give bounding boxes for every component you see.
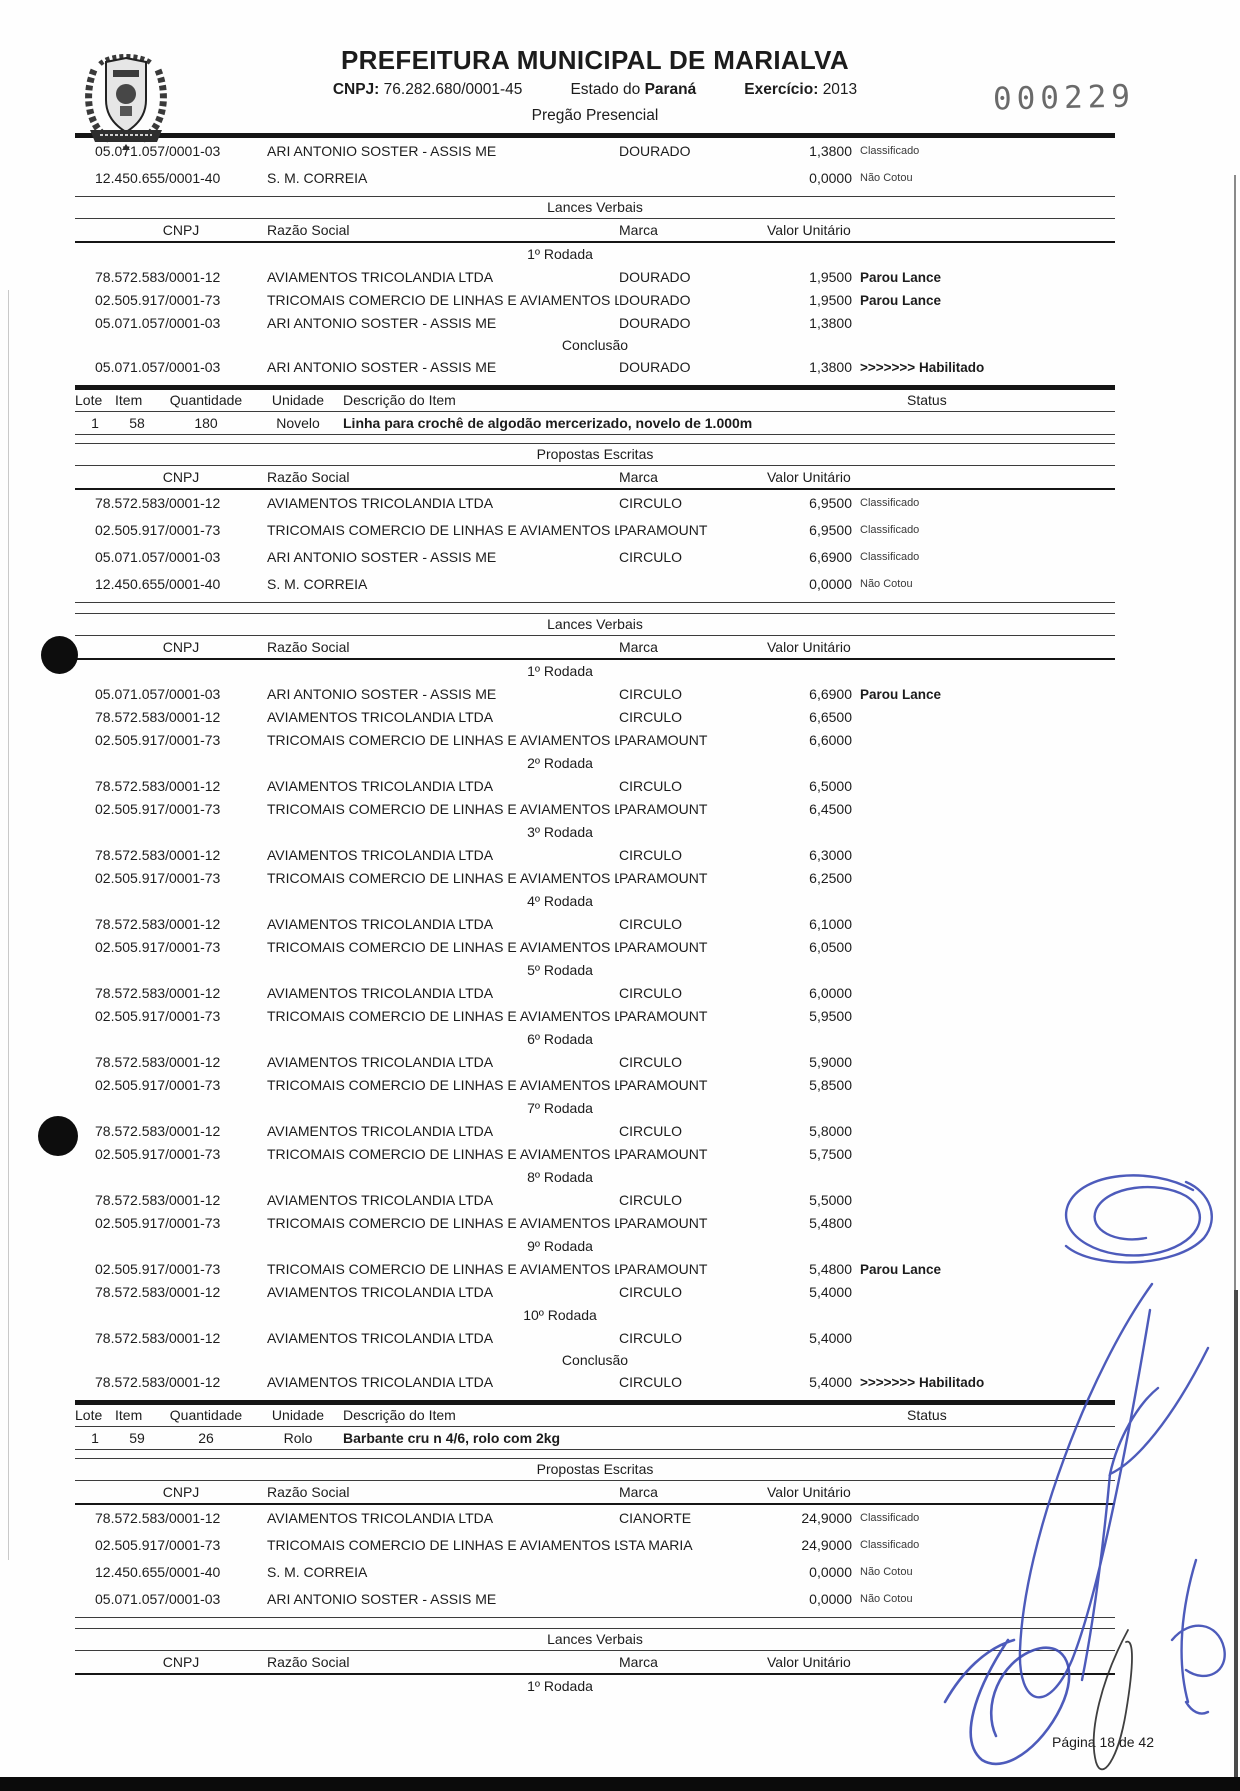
col-header-valor: Valor Unitário (767, 636, 1115, 658)
cell-valor: 1,3800 (767, 138, 852, 165)
cell-cnpj: 02.505.917/0001-73 (95, 1258, 267, 1281)
cell-razao-social: AVIAMENTOS TRICOLANDIA LTDA (267, 490, 619, 517)
cell-razao-social: AVIAMENTOS TRICOLANDIA LTDA (267, 1051, 619, 1074)
cell-valor: 0,0000 (767, 1559, 852, 1586)
col-header-quantidade: Quantidade (159, 390, 253, 411)
cell-status: Não Cotou (852, 1559, 1115, 1586)
cell-cnpj: 78.572.583/0001-12 (95, 844, 267, 867)
cell-lote: 1 (75, 412, 115, 434)
cell-note (852, 312, 1115, 335)
round-label: 3º Rodada (40, 821, 1080, 844)
cell-cnpj: 05.071.057/0001-03 (95, 544, 267, 571)
cell-marca: CIRCULO (619, 490, 767, 517)
section-title-lances-verbais: Lances Verbais (75, 614, 1115, 635)
table-row: 05.071.057/0001-03 ARI ANTONIO SOSTER - … (75, 683, 1115, 706)
cell-marca: CIRCULO (619, 706, 767, 729)
col-header-razao: Razão Social (267, 466, 619, 488)
cell-valor: 1,3800 (767, 356, 852, 379)
cell-valor: 6,9500 (767, 490, 852, 517)
cell-razao-social: AVIAMENTOS TRICOLANDIA LTDA (267, 1371, 619, 1394)
cell-status: Classificado (852, 138, 1115, 165)
table-row: 78.572.583/0001-12 AVIAMENTOS TRICOLANDI… (75, 1120, 1115, 1143)
col-header-cnpj: CNPJ (95, 1651, 267, 1673)
cell-valor: 5,4000 (767, 1281, 852, 1304)
cell-note (852, 1189, 1115, 1212)
col-header-item: Item (115, 390, 159, 411)
col-header-valor: Valor Unitário (767, 1481, 1115, 1503)
cell-valor: 5,9500 (767, 1005, 852, 1028)
cell-status (865, 1427, 1115, 1449)
cell-cnpj: 78.572.583/0001-12 (95, 706, 267, 729)
table-row: 02.505.917/0001-73 TRICOMAIS COMERCIO DE… (75, 729, 1115, 752)
cell-note (852, 706, 1115, 729)
col-header-cnpj: CNPJ (95, 636, 267, 658)
col-header-quantidade: Quantidade (159, 1405, 253, 1426)
cell-razao-social: AVIAMENTOS TRICOLANDIA LTDA (267, 1189, 619, 1212)
cell-note (852, 798, 1115, 821)
table-row: 05.071.057/0001-03 ARI ANTONIO SOSTER - … (75, 356, 1115, 379)
cell-marca: PARAMOUNT (619, 1074, 767, 1097)
table-row: 78.572.583/0001-12 AVIAMENTOS TRICOLANDI… (75, 1327, 1115, 1350)
table-row: 02.505.917/0001-73 TRICOMAIS COMERCIO DE… (75, 936, 1115, 959)
cell-valor: 6,6000 (767, 729, 852, 752)
col-header-marca: Marca (619, 466, 767, 488)
cell-note (852, 982, 1115, 1005)
cell-cnpj: 02.505.917/0001-73 (95, 1212, 267, 1235)
lote-header-row: Lote Item Quantidade Unidade Descrição d… (75, 390, 1115, 411)
cell-marca: PARAMOUNT (619, 1212, 767, 1235)
col-header-valor: Valor Unitário (767, 466, 1115, 488)
col-header-lote: Lote (75, 1405, 115, 1426)
cell-note (852, 729, 1115, 752)
punch-hole-mark (41, 636, 78, 674)
cell-marca: DOURADO (619, 356, 767, 379)
round-label: 9º Rodada (40, 1235, 1080, 1258)
cell-valor: 24,9000 (767, 1532, 852, 1559)
round-label: 8º Rodada (40, 1166, 1080, 1189)
cell-descricao: Barbante cru n 4/6, rolo com 2kg (343, 1427, 865, 1449)
cell-razao-social: TRICOMAIS COMERCIO DE LINHAS E AVIAMENTO… (267, 1212, 619, 1235)
cell-marca (619, 1586, 767, 1613)
cell-razao-social: AVIAMENTOS TRICOLANDIA LTDA (267, 1120, 619, 1143)
cell-quantidade: 26 (159, 1427, 253, 1449)
cell-cnpj: 02.505.917/0001-73 (95, 729, 267, 752)
cell-razao-social: ARI ANTONIO SOSTER - ASSIS ME (267, 683, 619, 706)
cell-note (852, 844, 1115, 867)
column-header-row: CNPJ Razão Social Marca Valor Unitário (75, 636, 1115, 658)
cell-valor: 5,9000 (767, 1051, 852, 1074)
cell-cnpj: 78.572.583/0001-12 (95, 1189, 267, 1212)
cell-descricao: Linha para crochê de algodão mercerizado… (343, 412, 865, 434)
col-header-valor: Valor Unitário (767, 219, 1115, 241)
table-row: 78.572.583/0001-12 AVIAMENTOS TRICOLANDI… (75, 775, 1115, 798)
cell-note: Parou Lance (852, 289, 1115, 312)
cell-cnpj: 05.071.057/0001-03 (95, 312, 267, 335)
table-row: 12.450.655/0001-40 S. M. CORREIA 0,0000 … (75, 571, 1115, 598)
cell-note (852, 1281, 1115, 1304)
table-row: 02.505.917/0001-73 TRICOMAIS COMERCIO DE… (75, 1005, 1115, 1028)
round-label: 6º Rodada (40, 1028, 1080, 1051)
cell-cnpj: 02.505.917/0001-73 (95, 1074, 267, 1097)
cell-valor: 6,6500 (767, 706, 852, 729)
cell-razao-social: AVIAMENTOS TRICOLANDIA LTDA (267, 913, 619, 936)
cell-marca: CIRCULO (619, 844, 767, 867)
cell-valor: 6,9500 (767, 517, 852, 544)
col-header-cnpj: CNPJ (95, 1481, 267, 1503)
cell-razao-social: TRICOMAIS COMERCIO DE LINHAS E AVIAMENTO… (267, 729, 619, 752)
table-row: 02.505.917/0001-73 TRICOMAIS COMERCIO DE… (75, 1143, 1115, 1166)
round-label: 7º Rodada (40, 1097, 1080, 1120)
cell-marca: CIRCULO (619, 1281, 767, 1304)
col-header-status: Status (865, 1405, 1115, 1426)
table-row: 02.505.917/0001-73 TRICOMAIS COMERCIO DE… (75, 1532, 1115, 1559)
municipal-coat-of-arms-icon (80, 42, 172, 159)
cell-valor: 5,4000 (767, 1327, 852, 1350)
round-label: 1º Rodada (40, 660, 1080, 683)
cell-razao-social: AVIAMENTOS TRICOLANDIA LTDA (267, 982, 619, 1005)
cell-cnpj: 02.505.917/0001-73 (95, 867, 267, 890)
round-label: 5º Rodada (40, 959, 1080, 982)
cell-valor: 0,0000 (767, 1586, 852, 1613)
table-row: 78.572.583/0001-12 AVIAMENTOS TRICOLANDI… (75, 1281, 1115, 1304)
cell-marca (619, 571, 767, 598)
cell-valor: 6,5000 (767, 775, 852, 798)
cell-status: Classificado (852, 1505, 1115, 1532)
cell-status: Classificado (852, 517, 1115, 544)
col-header-item: Item (115, 1405, 159, 1426)
cell-cnpj: 78.572.583/0001-12 (95, 775, 267, 798)
cell-razao-social: TRICOMAIS COMERCIO DE LINHAS E AVIAMENTO… (267, 1005, 619, 1028)
cell-cnpj: 78.572.583/0001-12 (95, 1281, 267, 1304)
cnpj-field: CNPJ: 76.282.680/0001-45 (333, 80, 523, 100)
table-row: 78.572.583/0001-12 AVIAMENTOS TRICOLANDI… (75, 844, 1115, 867)
section-title-lances-verbais: Lances Verbais (75, 1629, 1115, 1650)
scan-edge-artifact (8, 290, 9, 1560)
cell-valor: 6,0000 (767, 982, 852, 1005)
cell-note (852, 775, 1115, 798)
cell-valor: 5,4000 (767, 1371, 852, 1394)
cell-status: Não Cotou (852, 571, 1115, 598)
cell-razao-social: TRICOMAIS COMERCIO DE LINHAS E AVIAMENTO… (267, 1532, 619, 1559)
section-title-lances-verbais: Lances Verbais (75, 197, 1115, 218)
cell-razao-social: ARI ANTONIO SOSTER - ASSIS ME (267, 138, 619, 165)
cell-quantidade: 180 (159, 412, 253, 434)
cell-marca: PARAMOUNT (619, 798, 767, 821)
scan-bottom-edge (0, 1777, 1240, 1791)
cell-cnpj: 78.572.583/0001-12 (95, 982, 267, 1005)
cell-valor: 5,5000 (767, 1189, 852, 1212)
cell-note (852, 1005, 1115, 1028)
cell-razao-social: AVIAMENTOS TRICOLANDIA LTDA (267, 775, 619, 798)
cell-razao-social: ARI ANTONIO SOSTER - ASSIS ME (267, 312, 619, 335)
cell-status: Classificado (852, 544, 1115, 571)
page-indicator: Página 18 de 42 (1052, 1734, 1154, 1750)
cell-cnpj: 78.572.583/0001-12 (95, 1327, 267, 1350)
table-row: 78.572.583/0001-12 AVIAMENTOS TRICOLANDI… (75, 706, 1115, 729)
col-header-lote: Lote (75, 390, 115, 411)
section-title-propostas-escritas: Propostas Escritas (75, 444, 1115, 465)
column-header-row: CNPJ Razão Social Marca Valor Unitário (75, 1481, 1115, 1503)
table-row: 12.450.655/0001-40 S. M. CORREIA 0,0000 … (75, 165, 1115, 192)
round-label: 2º Rodada (40, 752, 1080, 775)
section-title-propostas-escritas: Propostas Escritas (75, 1459, 1115, 1480)
col-header-razao: Razão Social (267, 1651, 619, 1673)
cell-cnpj: 02.505.917/0001-73 (95, 517, 267, 544)
cell-cnpj: 02.505.917/0001-73 (95, 289, 267, 312)
cell-marca: PARAMOUNT (619, 517, 767, 544)
cell-cnpj: 12.450.655/0001-40 (95, 1559, 267, 1586)
estado-field: Estado do Paraná (570, 80, 696, 100)
cell-razao-social: AVIAMENTOS TRICOLANDIA LTDA (267, 1505, 619, 1532)
column-header-row: CNPJ Razão Social Marca Valor Unitário (75, 219, 1115, 241)
column-header-row: CNPJ Razão Social Marca Valor Unitário (75, 1651, 1115, 1673)
cell-razao-social: AVIAMENTOS TRICOLANDIA LTDA (267, 266, 619, 289)
col-header-marca: Marca (619, 1651, 767, 1673)
table-row: 12.450.655/0001-40 S. M. CORREIA 0,0000 … (75, 1559, 1115, 1586)
letterhead-info-line: CNPJ: 76.282.680/0001-45 Estado do Paran… (75, 80, 1115, 100)
lote-item-row: 1 59 26 Rolo Barbante cru n 4/6, rolo co… (75, 1427, 1115, 1449)
cell-note: Parou Lance (852, 1258, 1115, 1281)
cell-marca: CIRCULO (619, 1327, 767, 1350)
cell-cnpj: 12.450.655/0001-40 (95, 571, 267, 598)
cell-marca: PARAMOUNT (619, 1258, 767, 1281)
table-row: 02.505.917/0001-73 TRICOMAIS COMERCIO DE… (75, 517, 1115, 544)
cell-razao-social: S. M. CORREIA (267, 571, 619, 598)
cell-marca: CIRCULO (619, 1120, 767, 1143)
cell-valor: 6,6900 (767, 683, 852, 706)
cell-cnpj: 02.505.917/0001-73 (95, 1532, 267, 1559)
round-label: 1º Rodada (40, 1675, 1080, 1698)
cell-valor: 5,8500 (767, 1074, 852, 1097)
cell-note (852, 936, 1115, 959)
cell-marca: CIRCULO (619, 775, 767, 798)
cell-note (852, 1212, 1115, 1235)
cell-unidade: Rolo (253, 1427, 343, 1449)
col-header-marca: Marca (619, 219, 767, 241)
table-row: 78.572.583/0001-12 AVIAMENTOS TRICOLANDI… (75, 1371, 1115, 1394)
table-row: 78.572.583/0001-12 AVIAMENTOS TRICOLANDI… (75, 1505, 1115, 1532)
col-header-cnpj: CNPJ (95, 466, 267, 488)
cell-marca: CIRCULO (619, 1189, 767, 1212)
table-row: 02.505.917/0001-73 TRICOMAIS COMERCIO DE… (75, 798, 1115, 821)
scan-edge-artifact (1234, 1290, 1238, 1777)
cell-valor: 1,3800 (767, 312, 852, 335)
cell-razao-social: S. M. CORREIA (267, 165, 619, 192)
cell-razao-social: TRICOMAIS COMERCIO DE LINHAS E AVIAMENTO… (267, 1074, 619, 1097)
cell-razao-social: AVIAMENTOS TRICOLANDIA LTDA (267, 844, 619, 867)
conclusao-label: Conclusão (75, 335, 1115, 356)
cell-valor: 6,3000 (767, 844, 852, 867)
lote-item-row: 1 58 180 Novelo Linha para crochê de alg… (75, 412, 1115, 434)
cell-marca: CIRCULO (619, 683, 767, 706)
col-header-cnpj: CNPJ (95, 219, 267, 241)
round-label: 4º Rodada (40, 890, 1080, 913)
cell-cnpj: 05.071.057/0001-03 (95, 683, 267, 706)
cell-razao-social: TRICOMAIS COMERCIO DE LINHAS E AVIAMENTO… (267, 517, 619, 544)
col-header-valor: Valor Unitário (767, 1651, 1115, 1673)
cell-status: Classificado (852, 1532, 1115, 1559)
cell-marca (619, 1559, 767, 1586)
lote-header-row: Lote Item Quantidade Unidade Descrição d… (75, 1405, 1115, 1426)
cell-valor: 6,1000 (767, 913, 852, 936)
exercicio-field: Exercício: 2013 (744, 80, 857, 100)
cell-valor: 0,0000 (767, 571, 852, 598)
document-type-label: Pregão Presencial (75, 106, 1115, 126)
col-header-descricao: Descrição do Item (343, 390, 865, 411)
col-header-marca: Marca (619, 636, 767, 658)
cell-cnpj: 78.572.583/0001-12 (95, 1505, 267, 1532)
table-row: 78.572.583/0001-12 AVIAMENTOS TRICOLANDI… (75, 1189, 1115, 1212)
coat-of-arms-graphic (80, 42, 172, 154)
cell-marca: CIRCULO (619, 1371, 767, 1394)
cell-razao-social: TRICOMAIS COMERCIO DE LINHAS E AVIAMENTO… (267, 936, 619, 959)
cell-marca: PARAMOUNT (619, 729, 767, 752)
cell-valor: 5,8000 (767, 1120, 852, 1143)
round-label: 10º Rodada (40, 1304, 1080, 1327)
table-row: 02.505.917/0001-73 TRICOMAIS COMERCIO DE… (75, 867, 1115, 890)
cell-note (852, 913, 1115, 936)
cell-note (852, 1327, 1115, 1350)
cell-valor: 6,2500 (767, 867, 852, 890)
scan-edge-artifact (1234, 175, 1236, 1305)
cell-cnpj: 12.450.655/0001-40 (95, 165, 267, 192)
page-number-stamp: 000229 (993, 79, 1136, 118)
cell-razao-social: TRICOMAIS COMERCIO DE LINHAS E AVIAMENTO… (267, 1258, 619, 1281)
cell-marca: PARAMOUNT (619, 1005, 767, 1028)
cell-marca: PARAMOUNT (619, 867, 767, 890)
cell-marca: CIRCULO (619, 982, 767, 1005)
cell-note (852, 867, 1115, 890)
cell-valor: 5,4800 (767, 1212, 852, 1235)
cell-item: 58 (115, 412, 159, 434)
cell-razao-social: S. M. CORREIA (267, 1559, 619, 1586)
cell-marca: CIRCULO (619, 544, 767, 571)
cell-marca: PARAMOUNT (619, 936, 767, 959)
cell-valor: 24,9000 (767, 1505, 852, 1532)
table-row: 78.572.583/0001-12 AVIAMENTOS TRICOLANDI… (75, 1051, 1115, 1074)
cell-razao-social: ARI ANTONIO SOSTER - ASSIS ME (267, 1586, 619, 1613)
page-title: PREFEITURA MUNICIPAL DE MARIALVA (75, 46, 1115, 74)
cell-razao-social: ARI ANTONIO SOSTER - ASSIS ME (267, 356, 619, 379)
cell-razao-social: TRICOMAIS COMERCIO DE LINHAS E AVIAMENTO… (267, 867, 619, 890)
cell-razao-social: AVIAMENTOS TRICOLANDIA LTDA (267, 1327, 619, 1350)
cell-valor: 5,4800 (767, 1258, 852, 1281)
cell-cnpj: 02.505.917/0001-73 (95, 1005, 267, 1028)
cell-note: Parou Lance (852, 683, 1115, 706)
cell-marca: PARAMOUNT (619, 1143, 767, 1166)
conclusao-label: Conclusão (75, 1350, 1115, 1371)
cell-cnpj: 02.505.917/0001-73 (95, 798, 267, 821)
cell-valor: 0,0000 (767, 165, 852, 192)
table-row: 05.071.057/0001-03 ARI ANTONIO SOSTER - … (75, 312, 1115, 335)
cell-status: Não Cotou (852, 165, 1115, 192)
cell-cnpj: 78.572.583/0001-12 (95, 1051, 267, 1074)
cell-note (852, 1074, 1115, 1097)
cell-note (852, 1051, 1115, 1074)
cell-marca: DOURADO (619, 266, 767, 289)
cell-cnpj: 02.505.917/0001-73 (95, 1143, 267, 1166)
cell-cnpj: 05.071.057/0001-03 (95, 356, 267, 379)
cell-marca: CIRCULO (619, 1051, 767, 1074)
cell-status: Classificado (852, 490, 1115, 517)
cell-item: 59 (115, 1427, 159, 1449)
cell-valor: 1,9500 (767, 266, 852, 289)
col-header-unidade: Unidade (253, 390, 343, 411)
table-row: 02.505.917/0001-73 TRICOMAIS COMERCIO DE… (75, 1258, 1115, 1281)
table-row: 05.071.057/0001-03 ARI ANTONIO SOSTER - … (75, 1586, 1115, 1613)
cell-razao-social: TRICOMAIS COMERCIO DE LINHAS E AVIAMENTO… (267, 1143, 619, 1166)
col-header-unidade: Unidade (253, 1405, 343, 1426)
cell-lote: 1 (75, 1427, 115, 1449)
table-row: 02.505.917/0001-73 TRICOMAIS COMERCIO DE… (75, 289, 1115, 312)
cell-marca (619, 165, 767, 192)
cell-cnpj: 02.505.917/0001-73 (95, 936, 267, 959)
cell-marca: DOURADO (619, 138, 767, 165)
cell-marca: CIANORTE (619, 1505, 767, 1532)
punch-hole-mark (38, 1116, 78, 1156)
table-row: 78.572.583/0001-12 AVIAMENTOS TRICOLANDI… (75, 266, 1115, 289)
table-row: 78.572.583/0001-12 AVIAMENTOS TRICOLANDI… (75, 982, 1115, 1005)
cell-cnpj: 78.572.583/0001-12 (95, 266, 267, 289)
cell-status: Não Cotou (852, 1586, 1115, 1613)
cell-razao-social: ARI ANTONIO SOSTER - ASSIS ME (267, 544, 619, 571)
cell-unidade: Novelo (253, 412, 343, 434)
column-header-row: CNPJ Razão Social Marca Valor Unitário (75, 466, 1115, 488)
col-header-marca: Marca (619, 1481, 767, 1503)
table-row: 78.572.583/0001-12 AVIAMENTOS TRICOLANDI… (75, 490, 1115, 517)
scanned-document-page: 000229 PREFEITURA MUNICIPAL DE MARIALVA … (0, 0, 1240, 1791)
cell-result: >>>>>>> Habilitado (852, 356, 1115, 379)
cell-note (852, 1120, 1115, 1143)
table-row: 05.071.057/0001-03 ARI ANTONIO SOSTER - … (75, 544, 1115, 571)
cell-razao-social: TRICOMAIS COMERCIO DE LINHAS E AVIAMENTO… (267, 289, 619, 312)
cell-razao-social: AVIAMENTOS TRICOLANDIA LTDA (267, 1281, 619, 1304)
cell-status (865, 412, 1115, 434)
cell-valor: 1,9500 (767, 289, 852, 312)
cell-valor: 6,6900 (767, 544, 852, 571)
cell-marca: STA MARIA (619, 1532, 767, 1559)
cell-razao-social: TRICOMAIS COMERCIO DE LINHAS E AVIAMENTO… (267, 798, 619, 821)
table-row: 02.505.917/0001-73 TRICOMAIS COMERCIO DE… (75, 1074, 1115, 1097)
table-row: 05.071.057/0001-03 ARI ANTONIO SOSTER - … (75, 138, 1115, 165)
cell-cnpj: 78.572.583/0001-12 (95, 490, 267, 517)
col-header-razao: Razão Social (267, 219, 619, 241)
cell-note: Parou Lance (852, 266, 1115, 289)
cell-cnpj: 05.071.057/0001-03 (95, 1586, 267, 1613)
cell-cnpj: 78.572.583/0001-12 (95, 1371, 267, 1394)
col-header-status: Status (865, 390, 1115, 411)
cell-marca: DOURADO (619, 312, 767, 335)
col-header-razao: Razão Social (267, 636, 619, 658)
cell-valor: 5,7500 (767, 1143, 852, 1166)
cell-valor: 6,4500 (767, 798, 852, 821)
cell-marca: CIRCULO (619, 913, 767, 936)
round-label: 1º Rodada (40, 243, 1080, 266)
cell-note (852, 1143, 1115, 1166)
cell-cnpj: 78.572.583/0001-12 (95, 1120, 267, 1143)
table-row: 02.505.917/0001-73 TRICOMAIS COMERCIO DE… (75, 1212, 1115, 1235)
col-header-razao: Razão Social (267, 1481, 619, 1503)
cell-razao-social: AVIAMENTOS TRICOLANDIA LTDA (267, 706, 619, 729)
table-row: 78.572.583/0001-12 AVIAMENTOS TRICOLANDI… (75, 913, 1115, 936)
col-header-descricao: Descrição do Item (343, 1405, 865, 1426)
cell-result: >>>>>>> Habilitado (852, 1371, 1115, 1394)
cell-valor: 6,0500 (767, 936, 852, 959)
cell-marca: DOURADO (619, 289, 767, 312)
cell-cnpj: 78.572.583/0001-12 (95, 913, 267, 936)
